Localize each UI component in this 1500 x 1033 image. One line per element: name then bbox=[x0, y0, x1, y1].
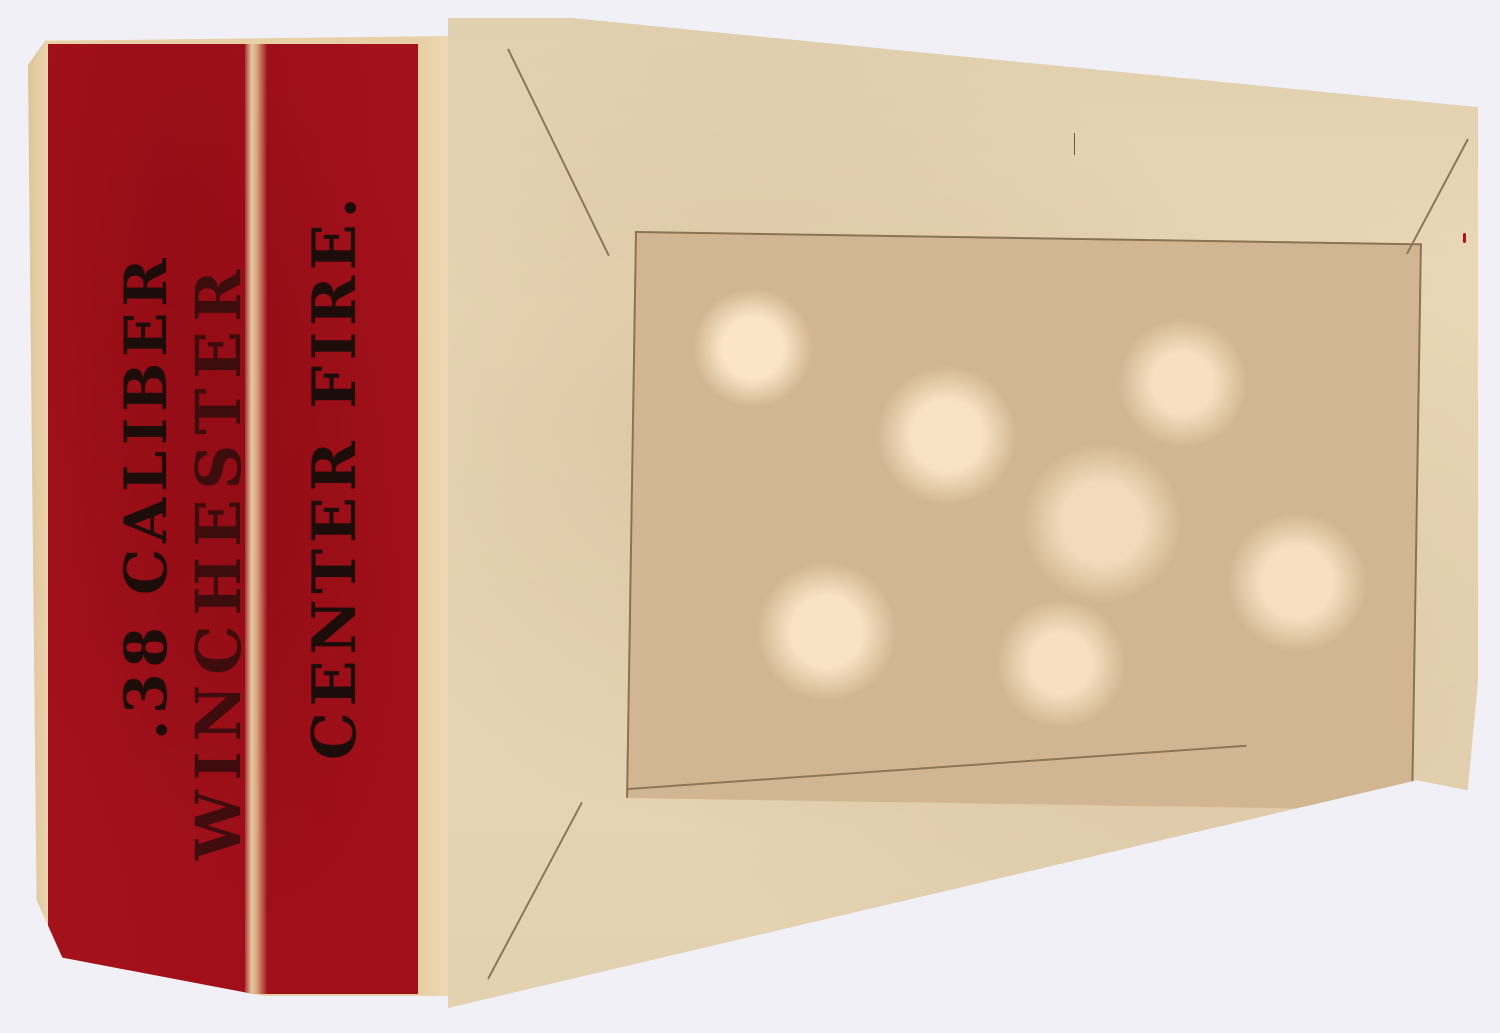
lid-inset-panel bbox=[626, 231, 1422, 810]
cartridge-type-text: CENTER FIRE. bbox=[300, 191, 370, 760]
caliber-text: .38 CALIBER bbox=[112, 252, 180, 740]
scratch-mark bbox=[1074, 133, 1075, 155]
cardboard-edge bbox=[28, 36, 50, 996]
brand-text: WINCHESTER bbox=[182, 260, 255, 860]
red-ink-fleck bbox=[1463, 233, 1466, 243]
photo-scene: .38 CALIBER WINCHESTER CENTER FIRE. bbox=[0, 0, 1500, 1033]
box-lid bbox=[448, 18, 1478, 1008]
